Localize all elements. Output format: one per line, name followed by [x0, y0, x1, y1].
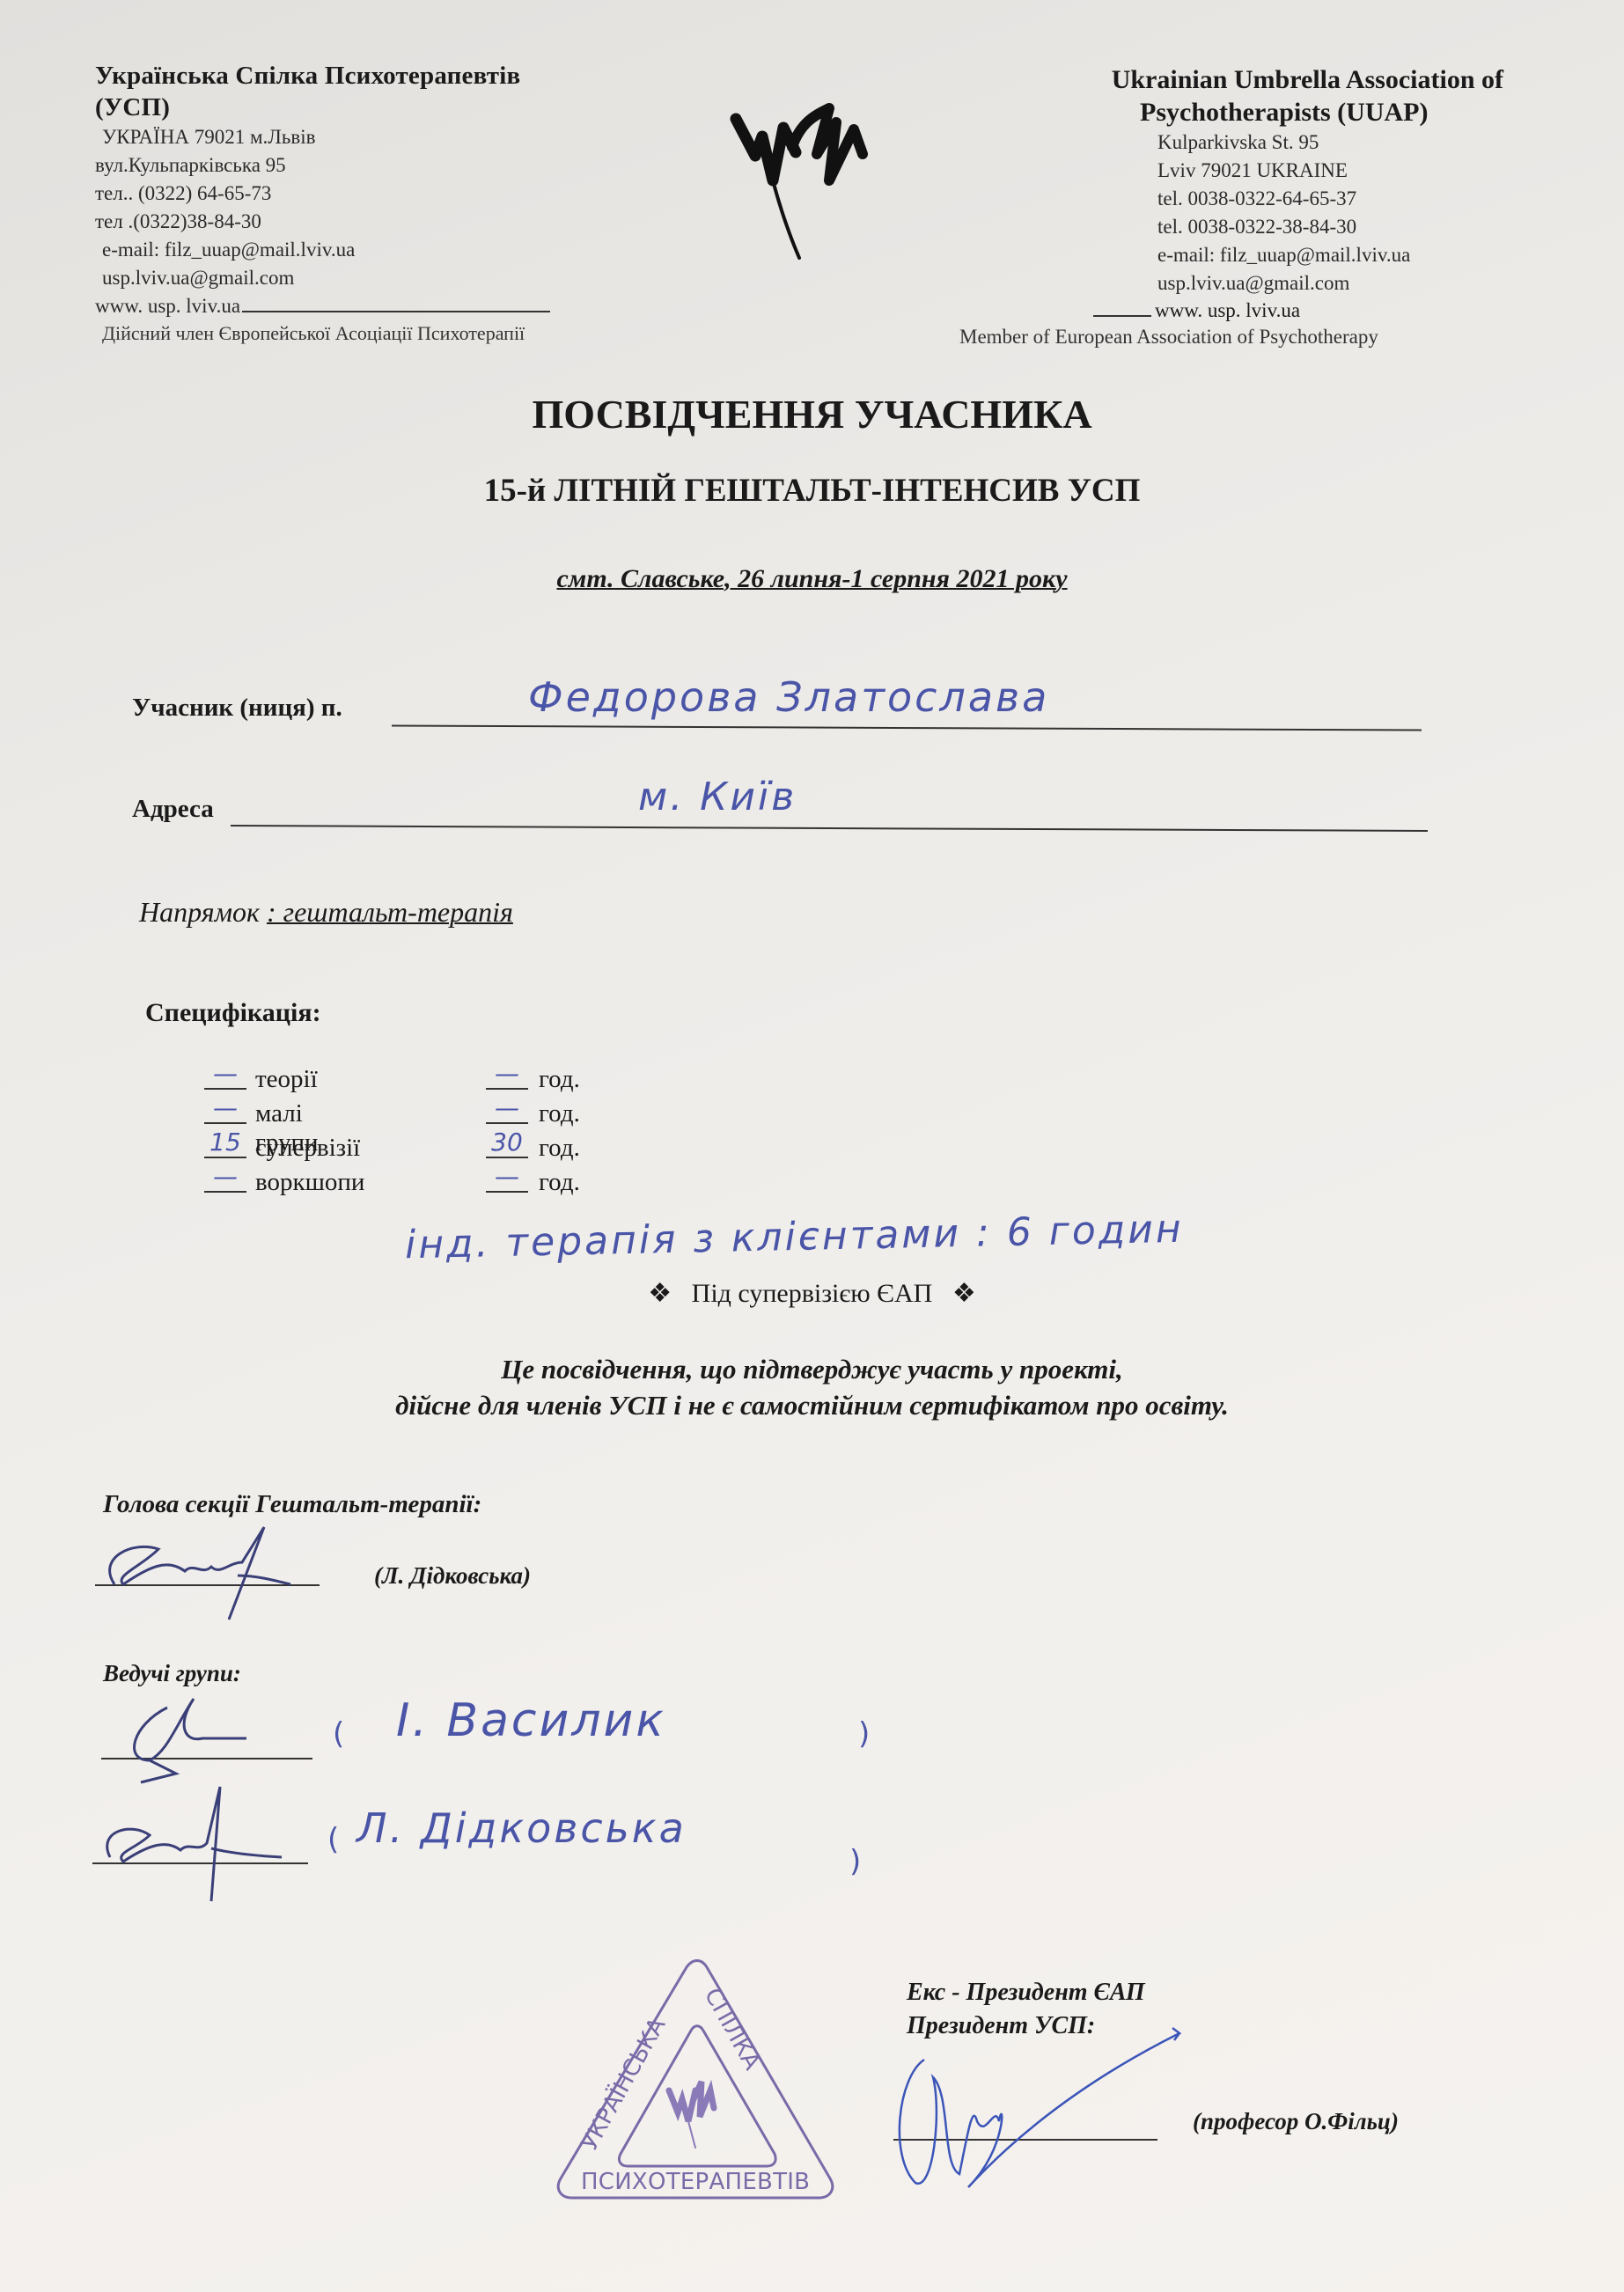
section-head-label: Голова секції Гештальт-терапії: — [103, 1490, 481, 1519]
diamond-bullet-icon: ❖ — [952, 1279, 976, 1308]
email-en-1: e-mail: filz_uuap@mail.lviv.ua — [959, 241, 1505, 269]
direction-label: Напрямок — [139, 896, 260, 928]
signature-section-head-icon — [97, 1523, 308, 1633]
spec-hours: — — [486, 1168, 528, 1193]
paren-open: ( — [333, 1716, 344, 1752]
spec-unit: год. — [539, 1065, 580, 1094]
group-leader-1-name: І. Василик — [396, 1694, 666, 1747]
address-country: УКРАЇНА 79021 м.Львів — [95, 123, 694, 151]
email-2: usp.lviv.ua@gmail.com — [95, 264, 694, 292]
address-city-en: Lviv 79021 UKRAINE — [959, 157, 1505, 185]
spec-hours: — — [486, 1099, 528, 1124]
address-label: Адреса — [132, 795, 214, 824]
spec-label: воркшопи — [255, 1168, 364, 1197]
spec-count: 15 — [204, 1134, 246, 1158]
spec-unit: год. — [539, 1168, 580, 1197]
spec-hours: — — [486, 1065, 528, 1090]
org-abbr-ua: (УСП) — [95, 92, 694, 123]
supervision-text: Під супервізією ЄАП — [692, 1279, 933, 1308]
paren-close: ) — [849, 1844, 861, 1879]
group-leader-2-name: Л. Дідковська — [356, 1804, 687, 1852]
event-title: 15-й ЛІТНІЙ ГЕШТАЛЬТ-ІНТЕНСИВ УСП — [0, 472, 1624, 510]
participant-name-value: Федорова Златослава — [528, 673, 1049, 721]
phone-1: тел.. (0322) 64-65-73 — [95, 180, 694, 208]
disclaimer-line-1: Це посвідчення, що підтверджує участь у … — [0, 1351, 1624, 1387]
place-date: смт. Славське, 26 липня-1 серпня 2021 ро… — [0, 564, 1624, 594]
spec-count: — — [204, 1168, 246, 1193]
stamp-text-right: СПІЛКА — [699, 1984, 765, 2075]
participant-name-line — [392, 724, 1422, 731]
direction: Напрямок : гештальт-терапія — [139, 896, 513, 929]
signature-leader-2-icon — [97, 1787, 308, 1906]
paren-close: ) — [858, 1716, 870, 1752]
spec-hours: 30 — [486, 1134, 528, 1158]
document-title: ПОСВІДЧЕННЯ УЧАСНИКА — [0, 391, 1624, 437]
handwritten-note: інд. терапія з клієнтами : 6 годин — [405, 1207, 1185, 1268]
membership-ua: Дійсний член Європейської Асоціації Псих… — [95, 320, 694, 347]
phone-2: тел .(0322)38-84-30 — [95, 208, 694, 236]
divider — [242, 311, 550, 312]
stamp-logo-icon — [669, 2082, 714, 2148]
president-name: (професор О.Фільц) — [1193, 2108, 1399, 2135]
spec-count: — — [204, 1099, 246, 1124]
org-name-en-2: Psychotherapists (UUAP) — [959, 97, 1505, 129]
address-value: м. Київ — [638, 775, 797, 819]
header-right: Ukrainian Umbrella Association of Psycho… — [959, 63, 1505, 350]
membership-en: Member of European Association of Psycho… — [945, 324, 1505, 350]
spec-unit: год. — [539, 1134, 580, 1163]
place-date-text: смт. Славське, 26 липня-1 серпня 2021 ро… — [556, 564, 1067, 593]
org-name-en-1: Ukrainian Umbrella Association of — [959, 63, 1505, 97]
diamond-bullet-icon: ❖ — [648, 1279, 672, 1308]
paren-open: ( — [327, 1822, 339, 1857]
signature-president-icon — [889, 2024, 1188, 2205]
group-leaders-label: Ведучі групи: — [103, 1660, 241, 1687]
svg-text:УКРАЇНСЬКА: УКРАЇНСЬКА — [577, 2013, 672, 2155]
phone-en-1: tel. 0038-0322-64-65-37 — [959, 185, 1505, 213]
spec-unit: год. — [539, 1099, 580, 1128]
specification-heading: Специфікація: — [145, 998, 321, 1028]
organization-stamp: УКРАЇНСЬКА СПІЛКА ПСИХОТЕРАПЕВТІВ — [550, 1958, 841, 2214]
header-left: Українська Спілка Психотерапевтів (УСП) … — [95, 60, 694, 347]
spec-count: — — [204, 1065, 246, 1090]
direction-value: : гештальт-терапія — [267, 896, 513, 928]
participant-name-label: Учасник (ниця) п. — [132, 694, 342, 723]
spec-label: теорії — [255, 1065, 318, 1094]
disclaimer: Це посвідчення, що підтверджує участь у … — [0, 1351, 1624, 1423]
usp-logo-icon — [731, 101, 880, 268]
email-1: e-mail: filz_uuap@mail.lviv.ua — [95, 236, 694, 264]
website-en: www. usp. lviv.ua — [1155, 299, 1300, 321]
spec-label: супервізії — [255, 1134, 360, 1163]
phone-en-2: tel. 0038-0322-38-84-30 — [959, 213, 1505, 241]
address-street-en: Kulparkivska St. 95 — [959, 129, 1505, 157]
address-street: вул.Кульпарківська 95 — [95, 151, 694, 180]
disclaimer-line-2: дійсне для членів УСП і не є самостійним… — [0, 1387, 1624, 1423]
signature-leader-1-icon — [114, 1690, 273, 1791]
address-line — [231, 825, 1428, 832]
divider — [1093, 315, 1151, 317]
website: www. usp. lviv.ua — [95, 295, 240, 317]
supervision-line: ❖ Під супервізією ЄАП ❖ — [0, 1278, 1624, 1309]
stamp-text-bottom: ПСИХОТЕРАПЕВТІВ — [581, 2169, 810, 2195]
section-head-name: (Л. Дідковська) — [374, 1562, 531, 1590]
svg-text:СПІЛКА: СПІЛКА — [699, 1984, 765, 2075]
org-name-ua: Українська Спілка Психотерапевтів — [95, 60, 694, 92]
email-en-2: usp.lviv.ua@gmail.com — [959, 269, 1505, 298]
ex-president-eap-label: Екс - Президент ЄАП — [907, 1976, 1145, 2009]
stamp-text-left: УКРАЇНСЬКА — [577, 2013, 672, 2155]
